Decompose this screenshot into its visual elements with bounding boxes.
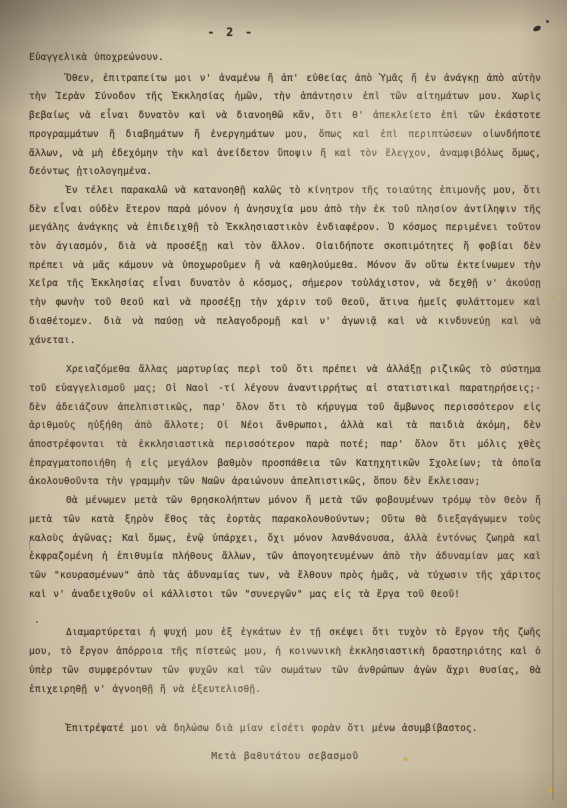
yellow-stain-speck bbox=[547, 787, 554, 793]
page-number: - 2 - bbox=[0, 25, 462, 39]
paragraph-opening: Εὐαγγελικὰ ὑποχρεώνουν. bbox=[29, 49, 541, 68]
document-page: - 2 - Εὐαγγελικὰ ὑποχρεώνουν. Ὅθεν, ἐπιτ… bbox=[0, 0, 567, 808]
typewritten-text-block: Εὐαγγελικὰ ὑποχρεώνουν. Ὅθεν, ἐπιτραπείτ… bbox=[29, 49, 541, 767]
paragraph-protest: Διαμαρτύρεται ἡ ψυχή μου ἐξ ἐγκάτων ἐν τ… bbox=[29, 624, 541, 699]
ink-mark-top-right bbox=[532, 25, 541, 32]
paragraph-declaration: Ἐπιτρέψατέ μοι νὰ δηλώσω διὰ μίαν εἰσέτι… bbox=[29, 720, 541, 739]
yellow-stain-speck bbox=[551, 296, 555, 299]
ink-dot-top-right bbox=[546, 20, 549, 23]
paper-crease bbox=[552, 420, 554, 800]
closing-salutation: Μετὰ βαθυτάτου σεβασμοῦ bbox=[29, 748, 541, 767]
paragraph-request: Ὅθεν, ἐπιτραπείτω μοι ν' ἀναμένω ἤ ἀπ' ε… bbox=[29, 70, 541, 182]
paragraph-question: Θὰ μένωμεν μετὰ τῶν θρησκολήπτων μόνον ἤ… bbox=[29, 492, 541, 604]
paragraph-motive: Ἐν τέλει παρακαλῶ νὰ κατανοηθῇ καλῶς τὸ … bbox=[29, 182, 541, 350]
paragraph-statistics: Χρειαζόμεθα ἄλλας μαρτυρίας περὶ τοῦ ὅτι… bbox=[29, 361, 541, 492]
